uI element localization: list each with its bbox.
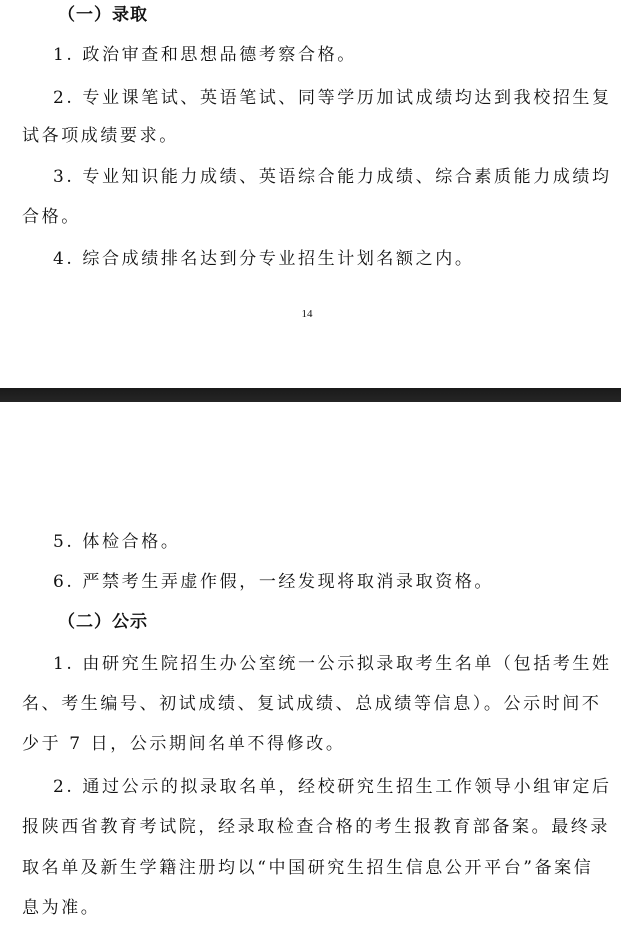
publicity-item-2-line-4: 息为准。 [22,897,100,919]
publicity-item-1-line-2: 名、考生编号、初试成绩、复试成绩、总成绩等信息）。公示时间不 [22,693,602,715]
publicity-item-2-line-3: 取名单及新生学籍注册均以“中国研究生招生信息公开平台”备案信 [22,857,593,879]
admission-item-6: 6. 严禁考生弄虚作假，一经发现将取消录取资格。 [53,571,494,593]
page-number: 14 [0,308,614,320]
section-heading-admission: （一）录取 [58,4,148,26]
page-divider [0,388,621,402]
admission-item-5: 5. 体检合格。 [53,531,180,553]
publicity-item-1-line-1: 1. 由研究生院招生办公室统一公示拟录取考生名单（包括考生姓 [53,653,612,675]
document-page-bottom: 5. 体检合格。 6. 严禁考生弄虚作假，一经发现将取消录取资格。 （二）公示 … [0,402,624,929]
admission-item-4: 4. 综合成绩排名达到分专业招生计划名额之内。 [53,248,474,270]
publicity-item-2-line-2: 报陕西省教育考试院，经录取检查合格的考生报教育部备案。最终录 [22,816,610,838]
admission-item-3-line-2: 合格。 [22,206,81,228]
admission-item-3-line-1: 3. 专业知识能力成绩、英语综合能力成绩、综合素质能力成绩均 [53,166,612,188]
admission-item-1: 1. 政治审查和思想品德考察合格。 [53,44,357,66]
section-heading-publicity: （二）公示 [58,611,148,633]
admission-item-2-line-1: 2. 专业课笔试、英语笔试、同等学历加试成绩均达到我校招生复 [53,87,612,109]
publicity-item-1-line-3: 少于 7 日，公示期间名单不得修改。 [22,733,345,755]
publicity-item-2-line-1: 2. 通过公示的拟录取名单，经校研究生招生工作领导小组审定后 [53,776,612,798]
document-page-top: （一）录取 1. 政治审查和思想品德考察合格。 2. 专业课笔试、英语笔试、同等… [0,0,624,388]
admission-item-2-line-2: 试各项成绩要求。 [22,125,179,147]
